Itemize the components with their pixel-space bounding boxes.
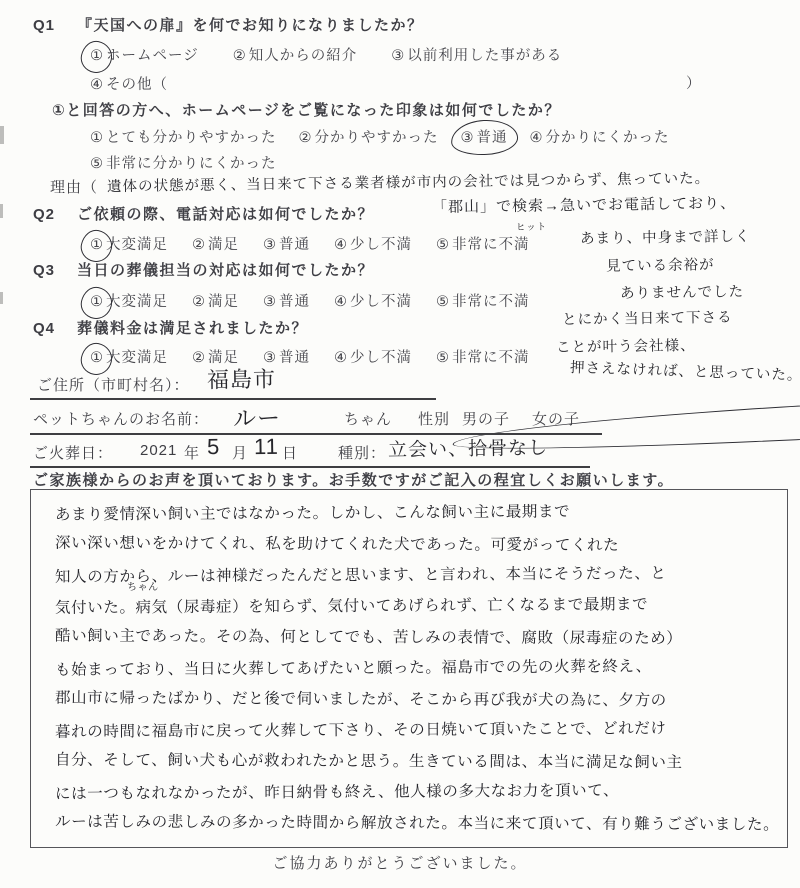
- q3-option-3: ③普通: [263, 290, 310, 311]
- q2-option-1-selected-circle: ①: [90, 237, 104, 253]
- message-line-11: ルーは苦しみの悲しみの多かった時間から解放された。本当に来て頂いて、有り難うござ…: [55, 809, 779, 834]
- q2-number: Q2: [33, 206, 77, 223]
- year-value: 2021: [140, 442, 177, 459]
- q3-option-1-selected-circle: ①: [90, 294, 104, 310]
- message-line-1: あまり愛情深い飼い主ではなかった。しかし、こんな飼い主に最期まで: [55, 499, 570, 524]
- q2-option-4-label: 少し不満: [350, 237, 412, 253]
- q4-option-3-label: 普通: [279, 350, 310, 366]
- q4-option-5: ⑤非常に不満: [436, 346, 530, 367]
- q3-option-2: ②満足: [192, 290, 239, 311]
- q2-option-5: ⑤非常に不満: [436, 233, 530, 254]
- q4-option-1-label: 大変満足: [106, 350, 168, 366]
- footer-thanks: ご協力ありがとうございました。: [0, 852, 800, 873]
- q1-option-3-label: 以前利用した事がある: [407, 48, 562, 64]
- impression-option-4-label: 分かりにくかった: [546, 130, 670, 146]
- q3-option-1-label: 大変満足: [106, 294, 168, 310]
- q2-note-line3: 見ている余裕が: [606, 253, 715, 276]
- q1-option-4-label: その他（: [106, 77, 168, 93]
- q3-row: Q3当日の葬儀担当の対応は如何でしたか？: [33, 259, 374, 280]
- impression-option-5-label: 非常に分かりにくかった: [106, 156, 277, 172]
- q2-option-2-num: ②: [192, 237, 206, 253]
- q2-note-search: 「郡山」で検索→急いでお電話しており、: [432, 192, 736, 217]
- q1-option-2-label: 知人からの紹介: [249, 48, 358, 64]
- month-value-handwriting: 5: [207, 434, 221, 460]
- message-line-4: 気付いた。病気（尿毒症）を知らず、気付いてあげられず、亡くなるまで最期まで: [55, 592, 648, 618]
- pet-name-suffix: ちゃん: [344, 408, 392, 429]
- q1-option-2-num: ②: [233, 48, 247, 64]
- q2-note-hit: ヒット: [516, 219, 547, 233]
- q1-sub-question: ①と回答の方へ、ホームページをご覧になった印象は如何でしたか？: [52, 99, 561, 120]
- q4-note-line1: とにかく当日来て下さる: [562, 306, 733, 329]
- day-unit: 日: [282, 442, 298, 463]
- q1-option-2: ②知人からの紹介: [233, 44, 358, 65]
- message-line-10: には一つもなれなかったが、昨日納骨も終え、他人様の多大なお力を頂いて、: [55, 778, 619, 803]
- scan-artifact: [0, 204, 3, 218]
- impression-option-4: ④分かりにくかった: [530, 126, 670, 147]
- q4-option-2-num: ②: [192, 350, 206, 366]
- q4-question: 葬儀料金は満足されましたか？: [77, 320, 308, 337]
- q1-option-3: ③以前利用した事がある: [391, 44, 562, 65]
- q4-option-5-num: ⑤: [436, 350, 450, 366]
- q3-option-4-label: 少し不満: [350, 294, 412, 310]
- q4-note-line3: 押さえなければ、と思っていた。: [570, 356, 800, 385]
- impression-option-5-num: ⑤: [90, 156, 104, 172]
- address-label: ご住所（市町村名）：: [37, 374, 190, 395]
- q2-row: Q2ご依頼の際、電話対応は如何でしたか？: [33, 203, 374, 224]
- q3-option-3-num: ③: [263, 294, 277, 310]
- q3-option-1: ①大変満足: [90, 290, 168, 311]
- q3-option-2-label: 満足: [208, 294, 239, 310]
- impression-option-3-label: 普通: [477, 130, 508, 146]
- q3-option-5: ⑤非常に不満: [436, 290, 530, 311]
- q2-option-2-label: 満足: [208, 237, 239, 253]
- q4-option-4: ④少し不満: [334, 346, 412, 367]
- month-unit: 月: [232, 442, 248, 463]
- request-line: ご家族様からのお声を頂いております。お手数ですがご記入の程宜しくお願いします。: [33, 469, 674, 490]
- q4-note-line2: ことが叶う会社様、: [556, 334, 696, 357]
- q1-question: 『天国への扉』を何でお知りになりましたか？: [77, 17, 424, 34]
- pet-name-value-handwriting: ルー: [233, 400, 281, 434]
- impression-option-3-selected-circle: ③普通: [461, 126, 508, 147]
- gender-male-selected-circle: 男の子: [462, 408, 800, 429]
- reason-label: 理由（: [50, 176, 98, 197]
- scan-artifact: [0, 292, 3, 304]
- gender-label: 性別: [418, 408, 450, 429]
- q1-option-1-label: ホームページ: [106, 48, 199, 64]
- impression-option-1: ①とても分かりやすかった: [90, 126, 277, 147]
- q4-option-5-label: 非常に不満: [452, 350, 530, 366]
- q2-option-4: ④少し不満: [334, 233, 412, 254]
- q4-row: Q4葬儀料金は満足されましたか？: [33, 317, 308, 338]
- message-box: あまり愛情深い飼い主ではなかった。しかし、こんな飼い主に最期まで 深い深い想いを…: [30, 489, 788, 848]
- q2-option-1-label: 大変満足: [106, 237, 168, 253]
- q2-option-2: ②満足: [192, 233, 239, 254]
- q2-option-5-label: 非常に不満: [452, 237, 530, 253]
- message-line-2: 深い深い想いをかけてくれ、私を助けてくれた犬であった。可愛がってくれた: [55, 531, 619, 555]
- q3-option-5-num: ⑤: [436, 294, 450, 310]
- q2-note-line4: ありませんでした: [620, 280, 744, 303]
- q3-number: Q3: [33, 262, 77, 279]
- q2-option-4-num: ④: [334, 237, 348, 253]
- q3-option-3-label: 普通: [279, 294, 310, 310]
- day-value-handwriting: 11: [254, 434, 279, 460]
- q2-note-line2: あまり、中身まで詳しく: [580, 225, 751, 248]
- q2-option-1: ①大変満足: [90, 233, 168, 254]
- q2-option-5-num: ⑤: [436, 237, 450, 253]
- cremation-date-label: ご火葬日：: [33, 442, 113, 463]
- q2-question: ご依頼の際、電話対応は如何でしたか？: [77, 206, 374, 223]
- impression-option-5: ⑤非常に分かりにくかった: [90, 152, 277, 173]
- q1-number: Q1: [33, 17, 77, 34]
- impression-option-2: ②分かりやすかった: [299, 126, 439, 147]
- q1-options-row: ①ホームページ ②知人からの紹介 ③以前利用した事がある: [90, 44, 562, 65]
- message-line-9: 自分、そして、飼い犬も心が救われたかと思う。生きている間は、本当に満足な飼い主: [55, 748, 683, 773]
- message-line-6: も始まっており、当日に火葬してあげたいと願った。福島市での先の火葬を終え、: [55, 654, 652, 680]
- q4-options-row: ①大変満足 ②満足 ③普通 ④少し不満 ⑤非常に不満: [90, 346, 530, 367]
- gender-female: 女の子: [532, 408, 580, 429]
- message-line-8: 暮れの時間に福島市に戻って火葬して下さり、その日焼いて頂いたことで、どれだけ: [55, 716, 667, 742]
- q1-option-1: ①ホームページ: [90, 44, 199, 65]
- scan-artifact: [0, 126, 4, 144]
- q3-question: 当日の葬儀担当の対応は如何でしたか？: [77, 262, 374, 279]
- message-line-5: 酷い飼い主であった。その為、何としてでも、苦しみの表情で、腐敗（尿毒症のため）: [55, 624, 683, 649]
- q1-row: Q1『天国への扉』を何でお知りになりましたか？: [33, 14, 424, 35]
- impression-option-2-num: ②: [299, 130, 313, 146]
- q4-option-4-label: 少し不満: [350, 350, 412, 366]
- impression-option-3-num: ③: [461, 130, 475, 146]
- q4-option-4-num: ④: [334, 350, 348, 366]
- q2-options-row: ①大変満足 ②満足 ③普通 ④少し不満 ⑤非常に不満: [90, 233, 530, 254]
- q4-number: Q4: [33, 320, 77, 337]
- q1-option-4: ④その他（: [90, 73, 168, 94]
- q3-option-4: ④少し不満: [334, 290, 412, 311]
- address-value-handwriting: 福島市: [207, 363, 276, 395]
- impression-option-1-label: とても分かりやすかった: [106, 130, 277, 146]
- q4-option-1: ①大変満足: [90, 346, 168, 367]
- pet-name-label: ペットちゃんのお名前：: [33, 408, 209, 429]
- q3-option-4-num: ④: [334, 294, 348, 310]
- q2-option-3-label: 普通: [279, 237, 310, 253]
- impression-option-2-label: 分かりやすかった: [315, 130, 439, 146]
- type-value-handwriting: 立会い、拾骨なし: [388, 433, 548, 462]
- cremation-row-underline: [30, 466, 590, 468]
- q2-option-3-num: ③: [263, 237, 277, 253]
- impression-options-row: ①とても分かりやすかった ②分かりやすかった ③普通 ④分かりにくかった: [90, 126, 670, 147]
- q1-option-4-num: ④: [90, 77, 104, 93]
- q1-option-1-selected-circle: ①: [90, 48, 104, 64]
- q1-option-3-num: ③: [391, 48, 405, 64]
- survey-form-scan: Q1『天国への扉』を何でお知りになりましたか？ ①ホームページ ②知人からの紹介…: [0, 0, 800, 888]
- q4-option-1-selected-circle: ①: [90, 350, 104, 366]
- message-insertion-chan: ちゃん: [127, 578, 159, 593]
- type-label: 種別：: [338, 442, 386, 463]
- q3-option-5-label: 非常に不満: [452, 294, 530, 310]
- message-line-7: 郡山市に帰ったばかり、だと後で伺いましたが、そこから再び我が犬の為に、夕方の: [55, 686, 667, 711]
- year-unit: 年: [184, 442, 200, 463]
- q2-option-3: ③普通: [263, 233, 310, 254]
- impression-option-4-num: ④: [530, 130, 544, 146]
- impression-option-1-num: ①: [90, 130, 104, 146]
- q3-options-row: ①大変満足 ②満足 ③普通 ④少し不満 ⑤非常に不満: [90, 290, 530, 311]
- q3-option-2-num: ②: [192, 294, 206, 310]
- q1-other-paren-close: ）: [686, 72, 702, 93]
